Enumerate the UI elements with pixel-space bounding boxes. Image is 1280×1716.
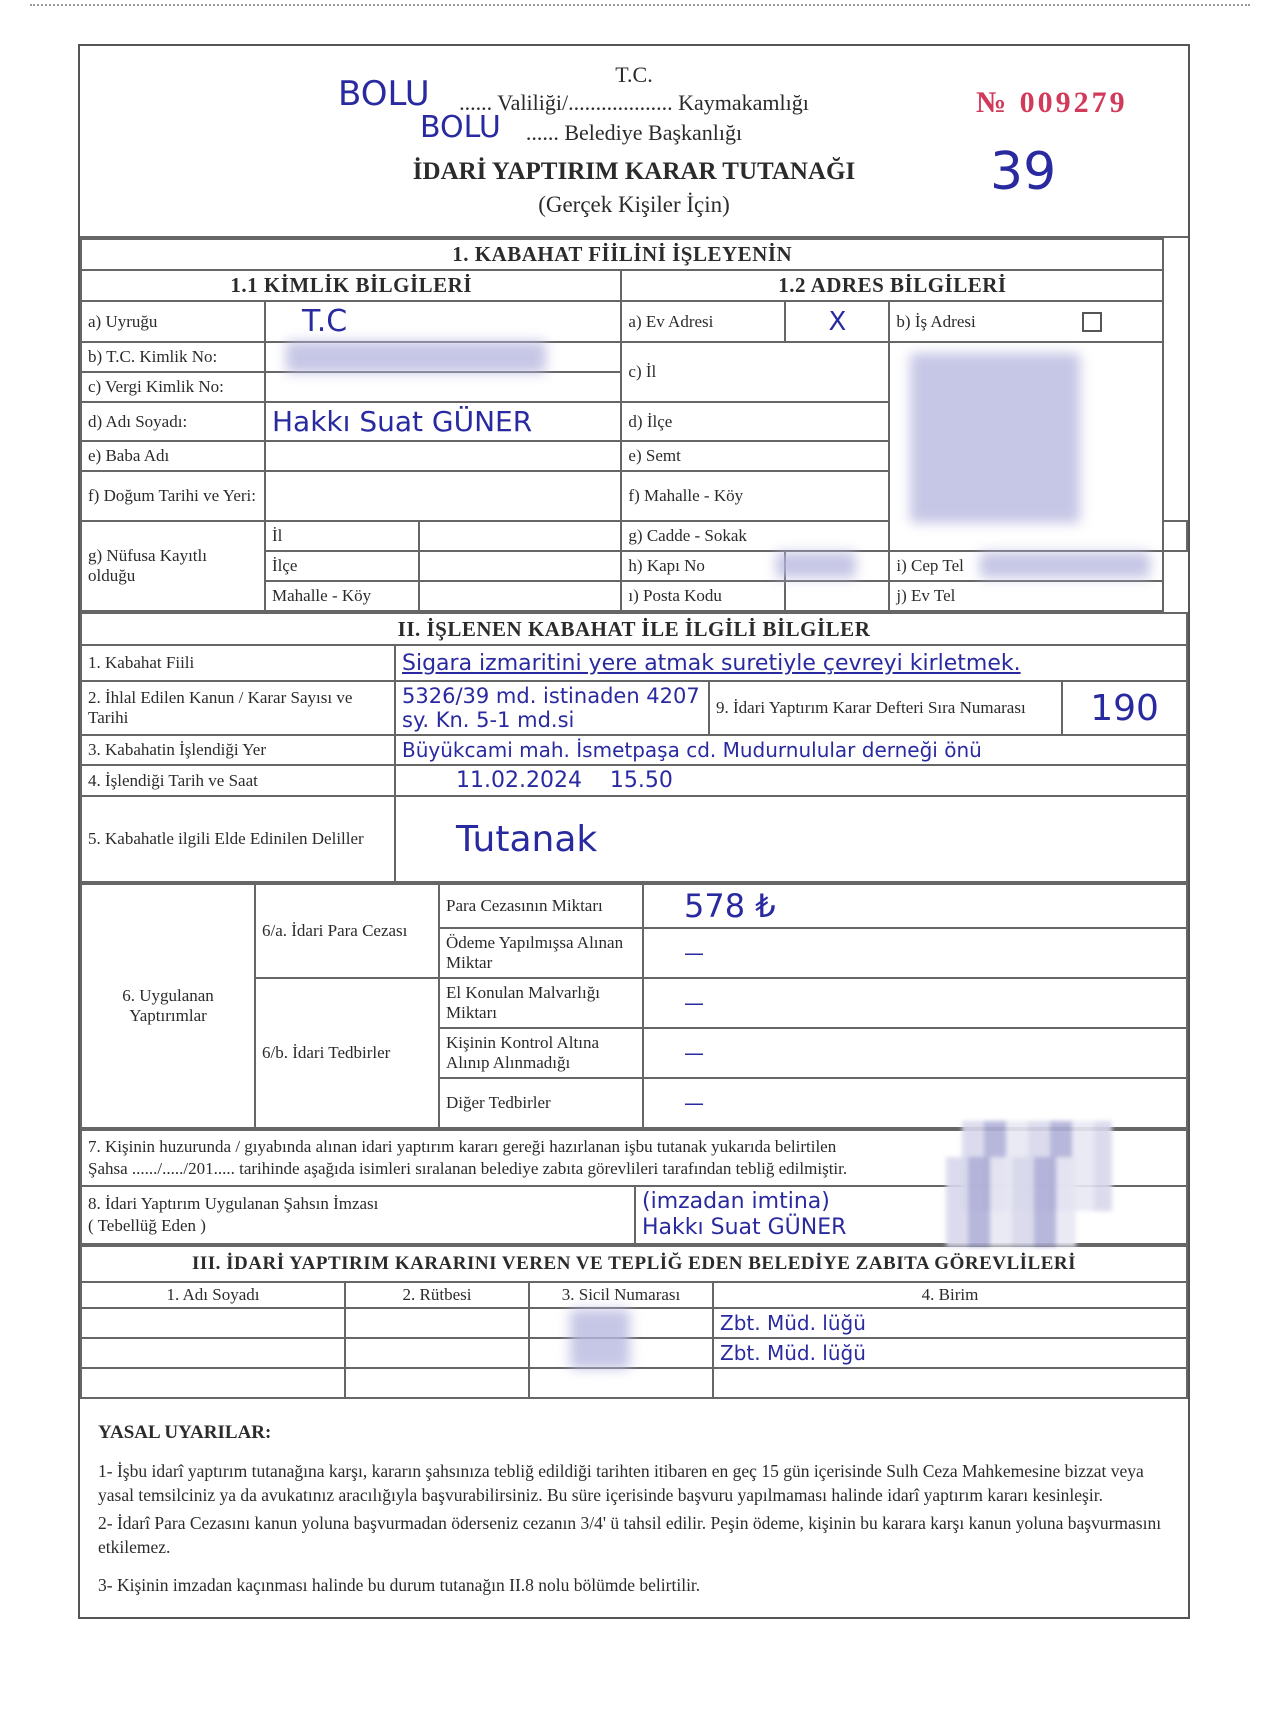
legal-warnings: YASAL UYARILAR: 1- İşbu idarî yaptırım t… bbox=[80, 1399, 1188, 1617]
name-value[interactable]: Hakkı Suat GÜNER bbox=[265, 402, 621, 441]
place-label: 3. Kabahatin İşlendiği Yer bbox=[81, 735, 395, 765]
offense-value[interactable]: Sigara izmaritini yere atmak suretiyle ç… bbox=[395, 645, 1187, 681]
registry-ilce-label: İlçe bbox=[265, 551, 419, 581]
tc-no-label: b) T.C. Kimlik No: bbox=[81, 342, 265, 372]
law-label: 2. İhlal Edilen Kanun / Karar Sayısı ve … bbox=[81, 681, 395, 735]
birth-label: f) Doğum Tarihi ve Yeri: bbox=[81, 471, 265, 521]
handwritten-city-2: BOLU bbox=[420, 110, 501, 145]
identity-title: 1.1 KİMLİK BİLGİLERİ bbox=[81, 270, 621, 301]
uyrugu-value[interactable]: T.C bbox=[265, 301, 621, 342]
handwritten-city-1: BOLU bbox=[338, 74, 430, 114]
address-values-redacted[interactable] bbox=[889, 342, 1163, 551]
perforation-edge bbox=[30, 4, 1250, 12]
vkn-value[interactable] bbox=[265, 372, 621, 402]
col-registry-no: 3. Sicil Numarası bbox=[529, 1282, 713, 1308]
paid-label: Ödeme Yapılmışsa Alınan Miktar bbox=[439, 928, 643, 978]
section1-table: 1. KABAHAT FİİLİNİ İŞLEYENİN 1.1 KİMLİK … bbox=[80, 238, 1188, 612]
custody-value[interactable]: — bbox=[643, 1028, 1187, 1078]
col-name: 1. Adı Soyadı bbox=[81, 1282, 345, 1308]
name-label: d) Adı Soyadı: bbox=[81, 402, 265, 441]
il-label: c) İl bbox=[621, 342, 889, 402]
section2-title: II. İŞLENEN KABAHAT İLE İLGİLİ BİLGİLER bbox=[81, 613, 1187, 645]
evidence-label: 5. Kabahatle ilgili Elde Edinilen Delill… bbox=[81, 796, 395, 882]
posta-value[interactable] bbox=[785, 581, 889, 611]
sanctions-table: 6. Uygulanan Yaptırımlar 6/a. İdari Para… bbox=[80, 883, 1188, 1129]
custody-label: Kişinin Kontrol Altına Alınıp Alınmadığı bbox=[439, 1028, 643, 1078]
warning-1: 1- İşbu idarî yaptırım tutanağına karşı,… bbox=[98, 1459, 1170, 1507]
form-header: T.C. ...... Valiliği/...................… bbox=[80, 46, 1188, 238]
serial-number: № 009279 bbox=[976, 86, 1128, 120]
datetime-value[interactable]: 11.02.2024 15.50 bbox=[395, 765, 1187, 796]
registry-no-redacted[interactable] bbox=[529, 1308, 713, 1338]
birth-value[interactable] bbox=[265, 471, 621, 521]
uyrugu-label: a) Uyruğu bbox=[81, 301, 265, 342]
notice-table: 7. Kişinin huzurunda / gıyabında alınan … bbox=[80, 1129, 1188, 1245]
kapi-value[interactable] bbox=[785, 551, 889, 581]
item8-label: 8. İdari Yaptırım Uygulanan Şahsın İmzas… bbox=[81, 1186, 635, 1244]
handwritten-number: 39 bbox=[990, 142, 1056, 202]
seized-label: El Konulan Malvarlığı Miktarı bbox=[439, 978, 643, 1028]
kapi-label: h) Kapı No bbox=[621, 551, 785, 581]
col-rank: 2. Rütbesi bbox=[345, 1282, 529, 1308]
warnings-title: YASAL UYARILAR: bbox=[98, 1421, 1170, 1445]
warning-3: 3- Kişinin imzadan kaçınması halinde bu … bbox=[98, 1573, 1170, 1597]
paid-value[interactable]: — bbox=[643, 928, 1187, 978]
ev-tel-cell[interactable]: j) Ev Tel bbox=[889, 581, 1163, 611]
table-row: Zbt. Müd. lüğü bbox=[81, 1338, 1187, 1368]
law-value[interactable]: 5326/39 md. istinaden 4207 sy. Kn. 5-1 m… bbox=[395, 681, 709, 735]
father-name-value[interactable] bbox=[265, 441, 621, 471]
work-address-checkbox[interactable] bbox=[1082, 312, 1102, 332]
fine-group-label: 6/a. İdari Para Cezası bbox=[255, 884, 439, 978]
section3-title: III. İDARİ YAPTIRIM KARARINI VEREN VE TE… bbox=[81, 1246, 1187, 1282]
offense-label: 1. Kabahat Fiili bbox=[81, 645, 395, 681]
registry-ilce-value[interactable] bbox=[419, 551, 621, 581]
address-title: 1.2 ADRES BİLGİLERİ bbox=[621, 270, 1163, 301]
tc-no-value[interactable] bbox=[265, 342, 621, 372]
registry-mahalle-label: Mahalle - Köy bbox=[265, 581, 419, 611]
cep-tel-cell[interactable]: i) Cep Tel bbox=[889, 551, 1163, 581]
section3-table: III. İDARİ YAPTIRIM KARARINI VEREN VE TE… bbox=[80, 1245, 1188, 1399]
tc-label: T.C. bbox=[80, 62, 1188, 88]
registry-mahalle-value[interactable] bbox=[419, 581, 621, 611]
penalty-form: T.C. ...... Valiliği/...................… bbox=[78, 44, 1190, 1619]
section1-title: 1. KABAHAT FİİLİNİ İŞLEYENİN bbox=[81, 239, 1163, 270]
signature-name: Hakkı Suat GÜNER bbox=[642, 1215, 1180, 1241]
table-row: Zbt. Müd. lüğü bbox=[81, 1308, 1187, 1338]
item8-signature[interactable]: (imzadan imtina) Hakkı Suat GÜNER bbox=[635, 1186, 1187, 1244]
work-address-label: b) İş Adresi bbox=[896, 312, 975, 331]
cadde-value[interactable] bbox=[1163, 521, 1187, 551]
other-measures-label: Diğer Tedbirler bbox=[439, 1078, 643, 1128]
evidence-value[interactable]: Tutanak bbox=[395, 796, 1187, 882]
section2-table: II. İŞLENEN KABAHAT İLE İLGİLİ BİLGİLER … bbox=[80, 612, 1188, 883]
table-row bbox=[81, 1368, 1187, 1398]
father-name-label: e) Baba Adı bbox=[81, 441, 265, 471]
home-address-label: a) Ev Adresi bbox=[621, 301, 785, 342]
ledger-label: 9. İdari Yaptırım Karar Defteri Sıra Num… bbox=[709, 681, 1062, 735]
semt-label: e) Semt bbox=[621, 441, 889, 471]
measures-group-label: 6/b. İdari Tedbirler bbox=[255, 978, 439, 1128]
cadde-label: g) Cadde - Sokak bbox=[621, 521, 889, 551]
registry-label: g) Nüfusa Kayıtlı olduğu bbox=[81, 521, 265, 611]
vkn-label: c) Vergi Kimlik No: bbox=[81, 372, 265, 402]
posta-label: ı) Posta Kodu bbox=[621, 581, 785, 611]
registry-il-value[interactable] bbox=[419, 521, 621, 551]
fine-amount-value[interactable]: 578 ₺ bbox=[643, 884, 1187, 928]
signature-refusal-note: (imzadan imtina) bbox=[642, 1189, 1180, 1215]
sanctions-label: 6. Uygulanan Yaptırımlar bbox=[81, 884, 255, 1128]
datetime-label: 4. İşlendiği Tarih ve Saat bbox=[81, 765, 395, 796]
place-value[interactable]: Büyükcami mah. İsmetpaşa cd. Mudurnulula… bbox=[395, 735, 1187, 765]
registry-il-label: İl bbox=[265, 521, 419, 551]
mahalle-label: f) Mahalle - Köy bbox=[621, 471, 889, 521]
home-address-checkbox[interactable]: X bbox=[785, 301, 889, 342]
warning-2: 2- İdarî Para Cezasını kanun yoluna başv… bbox=[98, 1511, 1170, 1559]
ilce-label: d) İlçe bbox=[621, 402, 889, 441]
ledger-value[interactable]: 190 bbox=[1062, 681, 1187, 735]
fine-amount-label: Para Cezasının Miktarı bbox=[439, 884, 643, 928]
col-unit: 4. Birim bbox=[713, 1282, 1187, 1308]
work-address-cell[interactable]: b) İş Adresi bbox=[889, 301, 1163, 342]
seized-value[interactable]: — bbox=[643, 978, 1187, 1028]
